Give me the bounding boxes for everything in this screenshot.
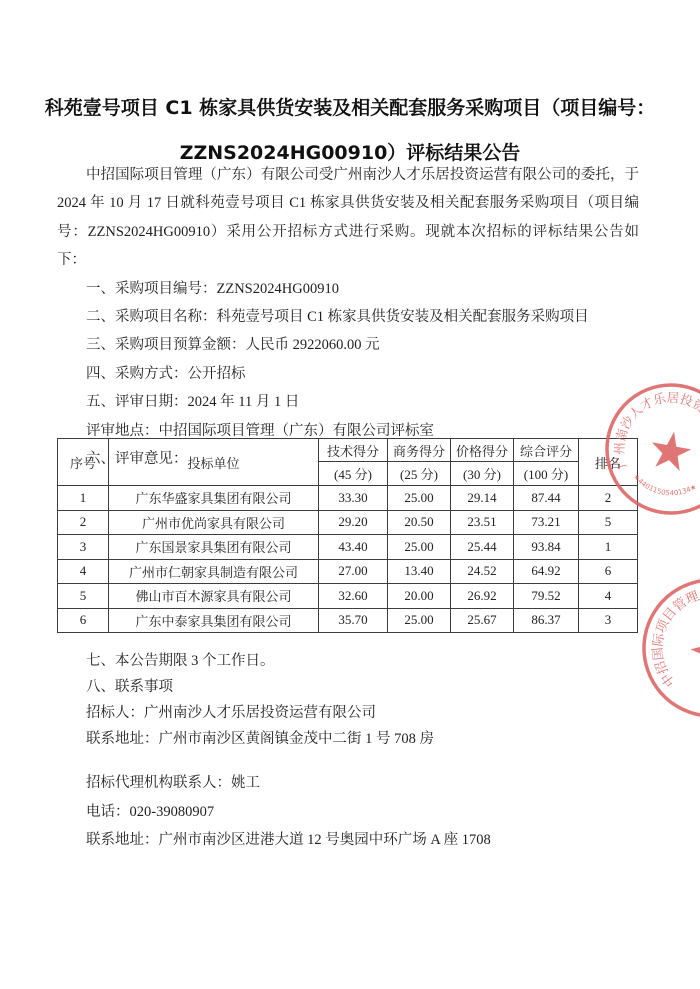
cell-no: 3 bbox=[58, 535, 109, 560]
cell-rank: 4 bbox=[579, 584, 638, 609]
cell-price: 24.52 bbox=[451, 559, 514, 584]
cell-tech: 29.20 bbox=[319, 510, 388, 535]
notice-terms: 七、本公告期限 3 个工作日。 八、联系事项 招标人：广州南沙人才乐居投资运营有… bbox=[57, 648, 639, 752]
cell-rank: 2 bbox=[579, 486, 638, 511]
table-row: 2 广州市优尚家具有限公司 29.20 20.50 23.51 73.21 5 bbox=[58, 510, 638, 535]
table-row: 5 佛山市百木源家具有限公司 32.60 20.00 26.92 79.52 4 bbox=[58, 584, 638, 609]
clause-notice-period: 七、本公告期限 3 个工作日。 bbox=[57, 648, 639, 674]
header-no: 序号 bbox=[58, 439, 109, 486]
star-icon: ★ bbox=[680, 613, 700, 688]
cell-business: 25.00 bbox=[388, 486, 451, 511]
cell-tech: 35.70 bbox=[319, 608, 388, 633]
header-tech-score: 技术得分 bbox=[319, 439, 388, 462]
header-tech-max: (45 分) bbox=[319, 462, 388, 486]
agency-phone-line: 电话：020-39080907 bbox=[57, 798, 639, 827]
table-row: 3 广东国景家具集团有限公司 43.40 25.00 25.44 93.84 1 bbox=[58, 535, 638, 560]
header-business-max: (25 分) bbox=[388, 462, 451, 486]
cell-total: 73.21 bbox=[514, 510, 579, 535]
cell-rank: 1 bbox=[579, 535, 638, 560]
cell-total: 64.92 bbox=[514, 559, 579, 584]
agency-address-line: 联系地址：广州市南沙区进港大道 12 号奥园中环广场 A 座 1708 bbox=[57, 826, 639, 855]
cell-business: 20.50 bbox=[388, 510, 451, 535]
cell-no: 6 bbox=[58, 608, 109, 633]
cell-total: 79.52 bbox=[514, 584, 579, 609]
cell-tech: 33.30 bbox=[319, 486, 388, 511]
cell-no: 5 bbox=[58, 584, 109, 609]
cell-total: 87.44 bbox=[514, 486, 579, 511]
page-title-line1: 科苑壹号项目 C1 栋家具供货安装及相关配套服务采购项目（项目编号： bbox=[20, 86, 680, 131]
clause-method: 四、采购方式：公开招标 bbox=[57, 360, 639, 388]
clause-review-date: 五、评审日期：2024 年 11 月 1 日 bbox=[57, 388, 639, 416]
cell-price: 25.44 bbox=[451, 535, 514, 560]
cell-total: 86.37 bbox=[514, 608, 579, 633]
cell-tech: 32.60 bbox=[319, 584, 388, 609]
cell-price: 25.67 bbox=[451, 608, 514, 633]
cell-bidder: 广东国景家具集团有限公司 bbox=[109, 535, 319, 560]
seal-ring bbox=[630, 566, 700, 731]
cell-business: 20.00 bbox=[388, 584, 451, 609]
cell-no: 2 bbox=[58, 510, 109, 535]
clause-project-number: 一、采购项目编号：ZZNS2024HG00910 bbox=[57, 275, 639, 303]
agency-contact: 招标代理机构联系人：姚工 电话：020-39080907 联系地址：广州市南沙区… bbox=[57, 769, 639, 855]
cell-rank: 6 bbox=[579, 559, 638, 584]
table-row: 6 广东中泰家具集团有限公司 35.70 25.00 25.67 86.37 3 bbox=[58, 608, 638, 633]
agency-contact-person-line: 招标代理机构联系人：姚工 bbox=[57, 769, 639, 798]
clause-project-name: 二、采购项目名称：科苑壹号项目 C1 栋家具供货安装及相关配套服务采购项目 bbox=[57, 303, 639, 331]
cell-tech: 27.00 bbox=[319, 559, 388, 584]
cell-bidder: 广东华盛家具集团有限公司 bbox=[109, 486, 319, 511]
cell-bidder: 广州市仁朝家具制造有限公司 bbox=[109, 559, 319, 584]
seal-arc-text: 中招国际项目管理（广东）有限公司 bbox=[637, 574, 700, 692]
header-bidder: 投标单位 bbox=[109, 439, 319, 486]
tenderer-address-line: 联系地址：广州市南沙区黄阁镇金茂中二街 1 号 708 房 bbox=[57, 726, 639, 752]
seal-code-text: ★4401150540134★ bbox=[630, 472, 699, 502]
cell-price: 26.92 bbox=[451, 584, 514, 609]
clause-budget: 三、采购项目预算金额：人民币 2922060.00 元 bbox=[57, 331, 639, 359]
cell-price: 29.14 bbox=[451, 486, 514, 511]
cell-business: 13.40 bbox=[388, 559, 451, 584]
cell-rank: 5 bbox=[579, 510, 638, 535]
announcement-body: 中招国际项目管理（广东）有限公司受广州南沙人才乐居投资运营有限公司的委托，于 2… bbox=[57, 161, 639, 473]
header-total-max: (100 分) bbox=[514, 462, 579, 486]
header-price-max: (30 分) bbox=[451, 462, 514, 486]
header-total-score: 综合评分 bbox=[514, 439, 579, 462]
cell-price: 23.51 bbox=[451, 510, 514, 535]
clause-contact-matters: 八、联系事项 bbox=[57, 674, 639, 700]
cell-bidder: 广州市优尚家具有限公司 bbox=[109, 510, 319, 535]
cell-no: 1 bbox=[58, 486, 109, 511]
cell-total: 93.84 bbox=[514, 535, 579, 560]
header-business-score: 商务得分 bbox=[388, 439, 451, 462]
tenderer-line: 招标人：广州南沙人才乐居投资运营有限公司 bbox=[57, 700, 639, 726]
document-page: 科苑壹号项目 C1 栋家具供货安装及相关配套服务采购项目（项目编号： ZZNS2… bbox=[0, 0, 700, 989]
cell-bidder: 佛山市百木源家具有限公司 bbox=[109, 584, 319, 609]
evaluation-results-table: 序号 投标单位 技术得分 商务得分 价格得分 综合评分 排名 (45 分) (2… bbox=[57, 438, 638, 633]
cell-rank: 3 bbox=[579, 608, 638, 633]
cell-bidder: 广东中泰家具集团有限公司 bbox=[109, 608, 319, 633]
header-price-score: 价格得分 bbox=[451, 439, 514, 462]
cell-tech: 43.40 bbox=[319, 535, 388, 560]
table-row: 4 广州市仁朝家具制造有限公司 27.00 13.40 24.52 64.92 … bbox=[58, 559, 638, 584]
header-rank: 排名 bbox=[579, 439, 638, 486]
star-icon: ★ bbox=[642, 418, 698, 485]
table-header: 序号 投标单位 技术得分 商务得分 价格得分 综合评分 排名 (45 分) (2… bbox=[58, 439, 638, 486]
table-row: 1 广东华盛家具集团有限公司 33.30 25.00 29.14 87.44 2 bbox=[58, 486, 638, 511]
cell-no: 4 bbox=[58, 559, 109, 584]
intro-paragraph: 中招国际项目管理（广东）有限公司受广州南沙人才乐居投资运营有限公司的委托，于 2… bbox=[57, 161, 639, 275]
cell-business: 25.00 bbox=[388, 535, 451, 560]
cell-business: 25.00 bbox=[388, 608, 451, 633]
